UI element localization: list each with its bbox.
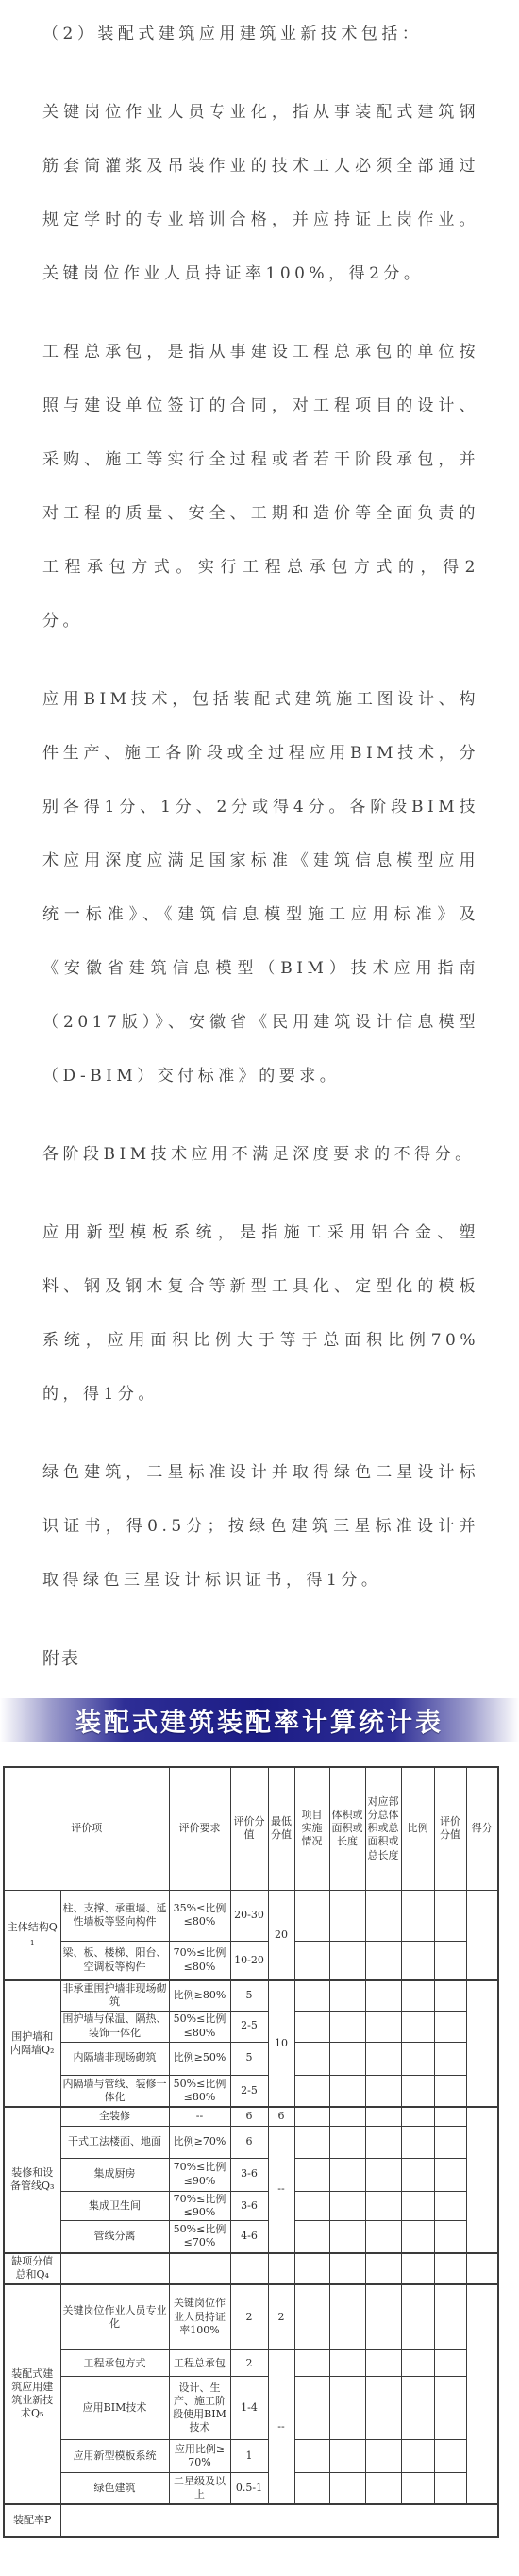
blank-cell [329, 1980, 365, 2011]
blank-cell [329, 2158, 365, 2191]
blank-cell [401, 2350, 434, 2377]
cell-score: 3-6 [230, 2191, 268, 2221]
blank-cell [294, 1941, 329, 1980]
cell-item: 集成卫生间 [60, 2191, 169, 2221]
blank-cell [294, 2350, 329, 2377]
cell-requirement: 50%≤比例≤80% [169, 2075, 230, 2107]
table-row: 绿色建筑 二星级及以上 0.5-1 [4, 2473, 498, 2504]
cell-item: 干式工法楼面、地面 [60, 2126, 169, 2158]
blank-cell [294, 2284, 329, 2350]
blank-cell [434, 2221, 466, 2253]
blank-cell [401, 2126, 434, 2158]
cell-item: 内隔墙非现场砌筑 [60, 2042, 169, 2075]
blank-cell [401, 2473, 434, 2504]
header-final-score: 得分 [466, 1767, 498, 1890]
cell-min-score: -- [268, 2350, 294, 2504]
blank-cell [294, 2473, 329, 2504]
blank-cell [329, 2440, 365, 2473]
cell-requirement: 50%≤比例≤80% [169, 2011, 230, 2042]
blank-final-score-cell [466, 2284, 498, 2504]
table-row: 工程承包方式 工程总承包 2 -- [4, 2350, 498, 2377]
paragraph-new-formwork-system: 应用新型模板系统，是指施工采用铝合金、塑料、钢及钢木复合等新型工具化、定型化的模… [42, 1206, 479, 1422]
blank-cell [401, 2377, 434, 2440]
cell-item: 关键岗位作业人员专业化 [60, 2284, 169, 2350]
cell-score: 10-20 [230, 1941, 268, 1980]
blank-cell [294, 1890, 329, 1941]
header-implementation: 项目实施情况 [294, 1767, 329, 1890]
cell-requirement: 70%≤比例≤90% [169, 2191, 230, 2221]
blank-cell [294, 2107, 329, 2126]
blank-cell [329, 2284, 365, 2350]
cell-item: 集成厨房 [60, 2158, 169, 2191]
blank-cell [434, 2473, 466, 2504]
cell-requirement: 70%≤比例≤80% [169, 1941, 230, 1980]
cell-item: 管线分离 [60, 2221, 169, 2253]
header-item: 评价项 [4, 1767, 169, 1890]
table-row: 干式工法楼面、地面 比例≥70% 6 -- [4, 2126, 498, 2158]
blank-cell [329, 2126, 365, 2158]
group-label-new-technology: 装配式建筑应用建筑业新技术Q₅ [4, 2284, 60, 2504]
blank-cell [294, 2158, 329, 2191]
blank-cell [365, 2377, 401, 2440]
blank-cell [365, 1890, 401, 1941]
blank-cell [365, 1941, 401, 1980]
blank-cell [466, 2253, 498, 2284]
blank-cell [434, 2126, 466, 2158]
blank-cell [434, 2253, 466, 2284]
blank-cell [329, 2107, 365, 2126]
cell-item: 应用新型模板系统 [60, 2440, 169, 2473]
cell-item: 内隔墙与管线、装修一体化 [60, 2075, 169, 2107]
blank-cell [268, 2253, 294, 2284]
cell-score: 1-4 [230, 2377, 268, 2440]
blank-final-score-cell [466, 2107, 498, 2253]
table-row: 围护墙与保温、隔热、装饰一体化 50%≤比例≤80% 2-5 [4, 2011, 498, 2042]
document-body: （2）装配式建筑应用建筑业新技术包括： 关键岗位作业人员专业化，指从事装配式建筑… [0, 0, 519, 1686]
blank-cell [401, 2253, 434, 2284]
blank-cell [365, 1980, 401, 2011]
blank-cell [401, 2191, 434, 2221]
assembly-rate-label: 装配率P [4, 2504, 60, 2537]
blank-cell [329, 2011, 365, 2042]
blank-cell [294, 2075, 329, 2107]
cell-score: 2 [230, 2350, 268, 2377]
cell-item: 工程承包方式 [60, 2350, 169, 2377]
cell-score: 2-5 [230, 2075, 268, 2107]
blank-cell [329, 2221, 365, 2253]
assembly-rate-value-cell [60, 2504, 498, 2537]
blank-cell [329, 1941, 365, 1980]
header-total-quantity: 对应部分总体积或总面积或总长度 [365, 1767, 401, 1890]
blank-cell [329, 1890, 365, 1941]
table-row: 应用新型模板系统 应用比例≥70% 1 [4, 2440, 498, 2473]
table-title-bar: 装配式建筑装配率计算统计表 [0, 1698, 519, 1742]
table-row: 围护墙和内隔墙Q₂ 非承重围护墙非现场砌筑 比例≥80% 5 10 [4, 1980, 498, 2011]
blank-cell [434, 2158, 466, 2191]
blank-cell [434, 2011, 466, 2042]
cell-item: 围护墙与保温、隔热、装饰一体化 [60, 2011, 169, 2042]
group-label-decoration-pipelines: 装修和设备管线Q₃ [4, 2107, 60, 2253]
blank-cell [294, 2042, 329, 2075]
blank-cell [329, 2042, 365, 2075]
header-quantity: 体积或面积或长度 [329, 1767, 365, 1890]
paragraph-bim-application: 应用BIM技术，包括装配式建筑施工图设计、构件生产、施工各阶段或全过程应用BIM… [42, 673, 479, 1103]
blank-cell [401, 2284, 434, 2350]
table-row: 内隔墙与管线、装修一体化 50%≤比例≤80% 2-5 [4, 2075, 498, 2107]
table-row: 主体结构Q₁ 柱、支撑、承重墙、延性墙板等竖向构件 35%≤比例≤80% 20-… [4, 1890, 498, 1941]
blank-cell [401, 2042, 434, 2075]
cell-requirement: 35%≤比例≤80% [169, 1890, 230, 1941]
blank-cell [329, 2350, 365, 2377]
blank-cell [365, 2440, 401, 2473]
cell-requirement: -- [169, 2107, 230, 2126]
missing-items-sum-label: 缺项分值总和Q₄ [4, 2253, 60, 2284]
blank-cell [294, 2221, 329, 2253]
cell-score: 0.5-1 [230, 2473, 268, 2504]
blank-cell [401, 2158, 434, 2191]
table-row: 管线分离 50%≤比例≤70% 4-6 [4, 2221, 498, 2253]
blank-cell [434, 2107, 466, 2126]
cell-score: 2 [230, 2284, 268, 2350]
cell-score: 6 [230, 2107, 268, 2126]
cell-score: 4-6 [230, 2221, 268, 2253]
header-score2: 评价分值 [434, 1767, 466, 1890]
cell-item: 梁、板、楼梯、阳台、空调板等构件 [60, 1941, 169, 1980]
blank-cell [365, 2126, 401, 2158]
table-footer-row: 装配率P [4, 2504, 498, 2537]
header-min-score: 最低分值 [268, 1767, 294, 1890]
cell-score: 3-6 [230, 2158, 268, 2191]
blank-cell [434, 2042, 466, 2075]
blank-cell [329, 2075, 365, 2107]
cell-item: 全装修 [60, 2107, 169, 2126]
cell-requirement: 关键岗位作业人员持证率100% [169, 2284, 230, 2350]
attachment-label: 附表 [42, 1632, 479, 1686]
blank-cell [401, 1941, 434, 1980]
blank-cell [434, 2075, 466, 2107]
table-row: 装修和设备管线Q₃ 全装修 -- 6 6 [4, 2107, 498, 2126]
blank-cell [230, 2253, 268, 2284]
cell-requirement: 50%≤比例≤70% [169, 2221, 230, 2253]
blank-cell [169, 2253, 230, 2284]
blank-cell [365, 2042, 401, 2075]
cell-score: 20-30 [230, 1890, 268, 1941]
blank-cell [294, 2377, 329, 2440]
table-title: 装配式建筑装配率计算统计表 [75, 1702, 444, 1739]
blank-final-score-cell [466, 1980, 498, 2107]
cell-min-score: -- [268, 2126, 294, 2253]
blank-cell [365, 2221, 401, 2253]
table-row: 缺项分值总和Q₄ [4, 2253, 498, 2284]
cell-min-score: 6 [268, 2107, 294, 2126]
cell-score: 5 [230, 2042, 268, 2075]
header-ratio: 比例 [401, 1767, 434, 1890]
cell-min-score: 20 [268, 1890, 294, 1980]
header-score: 评价分值 [230, 1767, 268, 1890]
cell-min-score: 2 [268, 2284, 294, 2350]
blank-cell [401, 2075, 434, 2107]
blank-cell [401, 2440, 434, 2473]
blank-cell [365, 2253, 401, 2284]
blank-cell [434, 1890, 466, 1941]
blank-cell [365, 2473, 401, 2504]
cell-item: 应用BIM技术 [60, 2377, 169, 2440]
table-header-row: 评价项 评价要求 评价分值 最低分值 项目实施情况 体积或面积或长度 对应部分总… [4, 1767, 498, 1890]
blank-cell [294, 2440, 329, 2473]
blank-cell [365, 2191, 401, 2221]
paragraph-green-building: 绿色建筑，二星标准设计并取得绿色二星设计标识证书，得0.5分；按绿色建筑三星标准… [42, 1446, 479, 1608]
blank-cell [401, 2011, 434, 2042]
blank-cell [294, 2253, 329, 2284]
cell-requirement: 比例≥50% [169, 2042, 230, 2075]
blank-cell [294, 2126, 329, 2158]
table-row: 装配式建筑应用建筑业新技术Q₅ 关键岗位作业人员专业化 关键岗位作业人员持证率1… [4, 2284, 498, 2350]
group-label-enclosure-walls: 围护墙和内隔墙Q₂ [4, 1980, 60, 2107]
blank-cell [294, 1980, 329, 2011]
table-row: 应用BIM技术 设计、生产、施工阶段使用BIM技术 1-4 [4, 2377, 498, 2440]
blank-cell [365, 2158, 401, 2191]
blank-cell [329, 2377, 365, 2440]
blank-cell [294, 2191, 329, 2221]
blank-cell [365, 2107, 401, 2126]
blank-cell [365, 2075, 401, 2107]
cell-requirement: 比例≥80% [169, 1980, 230, 2011]
blank-cell [434, 2440, 466, 2473]
blank-cell [434, 1980, 466, 2011]
blank-cell [401, 2221, 434, 2253]
table-row: 内隔墙非现场砌筑 比例≥50% 5 [4, 2042, 498, 2075]
cell-requirement: 工程总承包 [169, 2350, 230, 2377]
blank-cell [329, 2191, 365, 2221]
cell-item: 绿色建筑 [60, 2473, 169, 2504]
cell-score: 6 [230, 2126, 268, 2158]
blank-final-score-cell [466, 1890, 498, 1980]
cell-requirement: 70%≤比例≤90% [169, 2158, 230, 2191]
group-label-main-structure: 主体结构Q₁ [4, 1890, 60, 1980]
cell-requirement: 应用比例≥70% [169, 2440, 230, 2473]
cell-requirement: 二星级及以上 [169, 2473, 230, 2504]
paragraph-key-post-personnel: 关键岗位作业人员专业化，指从事装配式建筑钢筋套筒灌浆及吊装作业的技术工人必须全部… [42, 86, 479, 301]
cell-score: 5 [230, 1980, 268, 2011]
assembly-rate-table: 评价项 评价要求 评价分值 最低分值 项目实施情况 体积或面积或长度 对应部分总… [3, 1766, 499, 2538]
blank-cell [401, 1890, 434, 1941]
paragraph-epc-contracting: 工程总承包，是指从事建设工程总承包的单位按照与建设单位签订的合同，对工程项目的设… [42, 326, 479, 648]
table-row: 集成卫生间 70%≤比例≤90% 3-6 [4, 2191, 498, 2221]
blank-cell [434, 2350, 466, 2377]
blank-cell [365, 2284, 401, 2350]
blank-cell [401, 2107, 434, 2126]
blank-cell [60, 2253, 169, 2284]
table-row: 集成厨房 70%≤比例≤90% 3-6 [4, 2158, 498, 2191]
cell-requirement: 比例≥70% [169, 2126, 230, 2158]
paragraph-bim-depth-note: 各阶段BIM技术应用不满足深度要求的不得分。 [42, 1128, 479, 1182]
cell-score: 1 [230, 2440, 268, 2473]
table-row: 梁、板、楼梯、阳台、空调板等构件 70%≤比例≤80% 10-20 [4, 1941, 498, 1980]
blank-cell [434, 2377, 466, 2440]
blank-cell [365, 2011, 401, 2042]
cell-item: 柱、支撑、承重墙、延性墙板等竖向构件 [60, 1890, 169, 1941]
blank-cell [365, 2350, 401, 2377]
paragraph-new-tech-intro: （2）装配式建筑应用建筑业新技术包括： [42, 8, 479, 61]
cell-item: 非承重围护墙非现场砌筑 [60, 1980, 169, 2011]
cell-min-score: 10 [268, 1980, 294, 2107]
cell-requirement: 设计、生产、施工阶段使用BIM技术 [169, 2377, 230, 2440]
blank-cell [401, 1980, 434, 2011]
blank-cell [329, 2473, 365, 2504]
blank-cell [434, 2191, 466, 2221]
header-requirement: 评价要求 [169, 1767, 230, 1890]
blank-cell [294, 2011, 329, 2042]
blank-cell [434, 2284, 466, 2350]
blank-cell [434, 1941, 466, 1980]
cell-score: 2-5 [230, 2011, 268, 2042]
blank-cell [329, 2253, 365, 2284]
